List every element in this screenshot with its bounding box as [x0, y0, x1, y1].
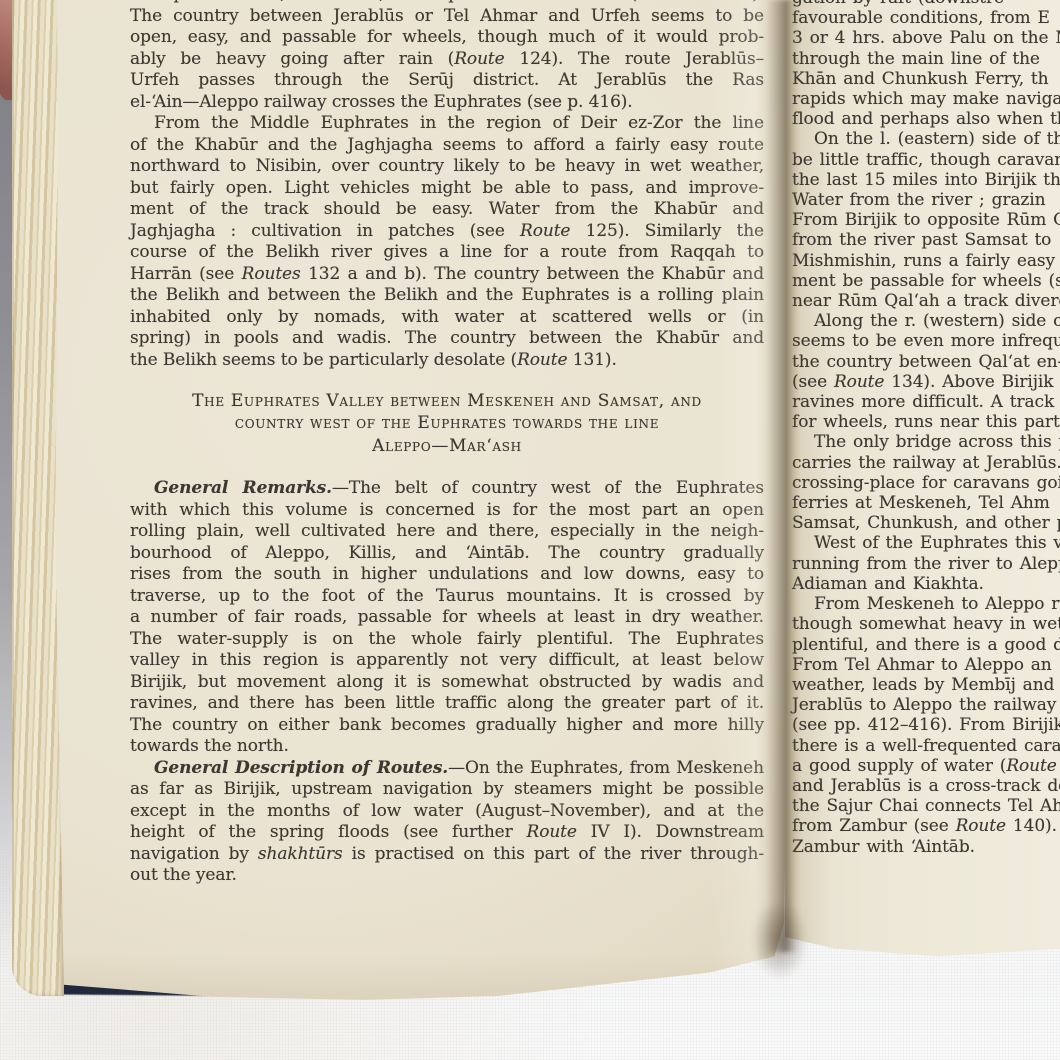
text-line: and Jerablūs is a cross-track descri: [792, 776, 1060, 796]
text-line: running from the river to Alepp: [792, 554, 1060, 574]
text-line: bourhood of Aleppo, Killis, and ʻAintāb.…: [130, 543, 764, 565]
text-line: near Rūm Qalʻah a track diverge: [792, 291, 1060, 311]
text-line: crossing-place for caravans goin: [792, 473, 1060, 493]
text-line: course of the Belikh river gives a line …: [130, 242, 764, 264]
text-line: from the river past Samsat to: [792, 230, 1060, 250]
heading-line: The Euphrates Valley between Meskeneh an…: [130, 390, 764, 412]
text-line: a good supply of water (Route 139: [792, 756, 1060, 776]
text-line: ferries at Meskeneh, Tel Ahm: [792, 493, 1060, 513]
text-line: for wheels, runs near this part of: [792, 412, 1060, 432]
text-line: the Sajur Chai connects Tel Ahma: [792, 796, 1060, 816]
right-page: gation by raft (downstrefavourable condi…: [785, 0, 1060, 966]
text-line: less parts would, it is said, be impassa…: [130, 0, 764, 6]
text-line: el-ʻAin—Aleppo railway crosses the Euphr…: [130, 92, 764, 114]
left-page-text: less parts would, it is said, be impassa…: [130, 0, 764, 887]
text-line: inhabited only by nomads, with water at …: [130, 307, 764, 329]
gutter-bottom-shadow: [752, 906, 808, 980]
text-line: gation by raft (downstre: [792, 0, 1060, 8]
text-line: plentiful, and there is a good d: [792, 635, 1060, 655]
paragraph: General Remarks.—The belt of country wes…: [130, 478, 764, 758]
text-line: ably be heavy going after rain (Route 12…: [130, 49, 764, 71]
text-line: From Meskeneh to Aleppo run: [792, 594, 1060, 614]
text-line: The country on either bank becomes gradu…: [130, 715, 764, 737]
text-line: ravines more difficult. A track fr: [792, 392, 1060, 412]
text-line: traverse, up to the foot of the Taurus m…: [130, 586, 764, 608]
text-line: rolling plain, well cultivated here and …: [130, 521, 764, 543]
paragraph: General Description of Routes.—On the Eu…: [130, 758, 764, 887]
heading-line: Aleppo—Marʻash: [130, 435, 764, 457]
text-line: the last 15 miles into Birijik th: [792, 170, 1060, 190]
text-line: General Description of Routes.—On the Eu…: [130, 758, 764, 780]
text-line: Adiaman and Kiakhta.: [792, 574, 1060, 594]
text-line: as far as Birijik, upstream navigation b…: [130, 779, 764, 801]
text-line: (see pp. 412–416). From Birijik: [792, 715, 1060, 735]
text-line: 3 or 4 hrs. above Palu on the Mu: [792, 28, 1060, 48]
text-line: From Tel Ahmar to Aleppo an: [792, 655, 1060, 675]
text-line: flood and perhaps also when the: [792, 109, 1060, 129]
paragraph: From the Middle Euphrates in the region …: [130, 113, 764, 371]
photo-root: { "palette": { "paper": "#eae3d1", "ink"…: [0, 0, 1060, 1060]
text-line: northward to Nisibin, over country likel…: [130, 156, 764, 178]
text-line: there is a well-frequented carava: [792, 736, 1060, 756]
text-line: open, easy, and passable for wheels, tho…: [130, 27, 764, 49]
text-line: Khān and Chunkush Ferry, th: [792, 69, 1060, 89]
text-line: General Remarks.—The belt of country wes…: [130, 478, 764, 500]
text-line: height of the spring floods (see further…: [130, 822, 764, 844]
paragraph: less parts would, it is said, be impassa…: [130, 0, 764, 113]
text-line: valley in this region is apparently not …: [130, 650, 764, 672]
text-line: The country between Jerablūs or Tel Ahma…: [130, 6, 764, 28]
text-line: The only bridge across this p: [792, 432, 1060, 452]
text-line: From the Middle Euphrates in the region …: [130, 113, 764, 135]
text-line: be little traffic, though caravans: [792, 150, 1060, 170]
text-line: West of the Euphrates this vo: [792, 533, 1060, 553]
gutter-crease: [766, 0, 798, 952]
text-line: From Birijik to opposite Rūm Qa: [792, 210, 1060, 230]
text-line: the country between Qalʻat en-N: [792, 352, 1060, 372]
text-line: favourable conditions, from E: [792, 8, 1060, 28]
text-line: with which this volume is concerned is f…: [130, 500, 764, 522]
text-line: Jerablūs to Aleppo the railway r: [792, 695, 1060, 715]
text-line: ravines, and there has been little traff…: [130, 693, 764, 715]
text-line: Water from the river ; grazin: [792, 190, 1060, 210]
text-line: carries the railway at Jerablūs.: [792, 453, 1060, 473]
text-line: Harrān (see Routes 132 a and b). The cou…: [130, 264, 764, 286]
text-line: Jaghjagha : cultivation in patches (see …: [130, 221, 764, 243]
text-line: rapids which may make navigat: [792, 89, 1060, 109]
heading-line: country west of the Euphrates towards th…: [130, 412, 764, 434]
text-line: towards the north.: [130, 736, 764, 758]
section-heading: The Euphrates Valley between Meskeneh an…: [130, 390, 764, 457]
text-line: navigation by shakhtūrs is practised on …: [130, 844, 764, 866]
text-line: Along the r. (western) side o: [792, 311, 1060, 331]
text-line: from Zambur (see Route 140). An: [792, 816, 1060, 836]
text-line: ment be passable for wheels (see: [792, 271, 1060, 291]
text-line: out the year.: [130, 865, 764, 887]
left-page: less parts would, it is said, be impassa…: [48, 0, 800, 1004]
text-line: On the l. (eastern) side of th: [792, 129, 1060, 149]
text-line: Samsat, Chunkush, and other p: [792, 513, 1060, 533]
text-line: (see Route 134). Above Birijik t: [792, 372, 1060, 392]
text-line: Birijik, but movement along it is somewh…: [130, 672, 764, 694]
text-line: The water-supply is on the whole fairly …: [130, 629, 764, 651]
text-line: though somewhat heavy in wet: [792, 614, 1060, 634]
text-line: Urfeh passes through the Serūj district.…: [130, 70, 764, 92]
text-line: but fairly open. Light vehicles might be…: [130, 178, 764, 200]
text-line: a number of fair roads, passable for whe…: [130, 607, 764, 629]
text-line: Mishmishin, runs a fairly easy ro: [792, 251, 1060, 271]
text-line: weather, leads by Membīj and: [792, 675, 1060, 695]
text-line: rises from the south in higher undulatio…: [130, 564, 764, 586]
text-line: through the main line of the: [792, 49, 1060, 69]
text-line: seems to be even more infrequen: [792, 331, 1060, 351]
text-line: except in the months of low water (Augus…: [130, 801, 764, 823]
text-line: of the Khabūr and the Jaghjagha seems to…: [130, 135, 764, 157]
text-line: ment of the track should be easy. Water …: [130, 199, 764, 221]
text-line: the Belikh and between the Belikh and th…: [130, 285, 764, 307]
right-page-text: gation by raft (downstrefavourable condi…: [792, 0, 1060, 857]
text-line: the Belikh seems to be particularly deso…: [130, 350, 764, 372]
text-line: Zambur with ʻAintāb.: [792, 837, 1060, 857]
text-line: spring) in pools and wadis. The country …: [130, 328, 764, 350]
